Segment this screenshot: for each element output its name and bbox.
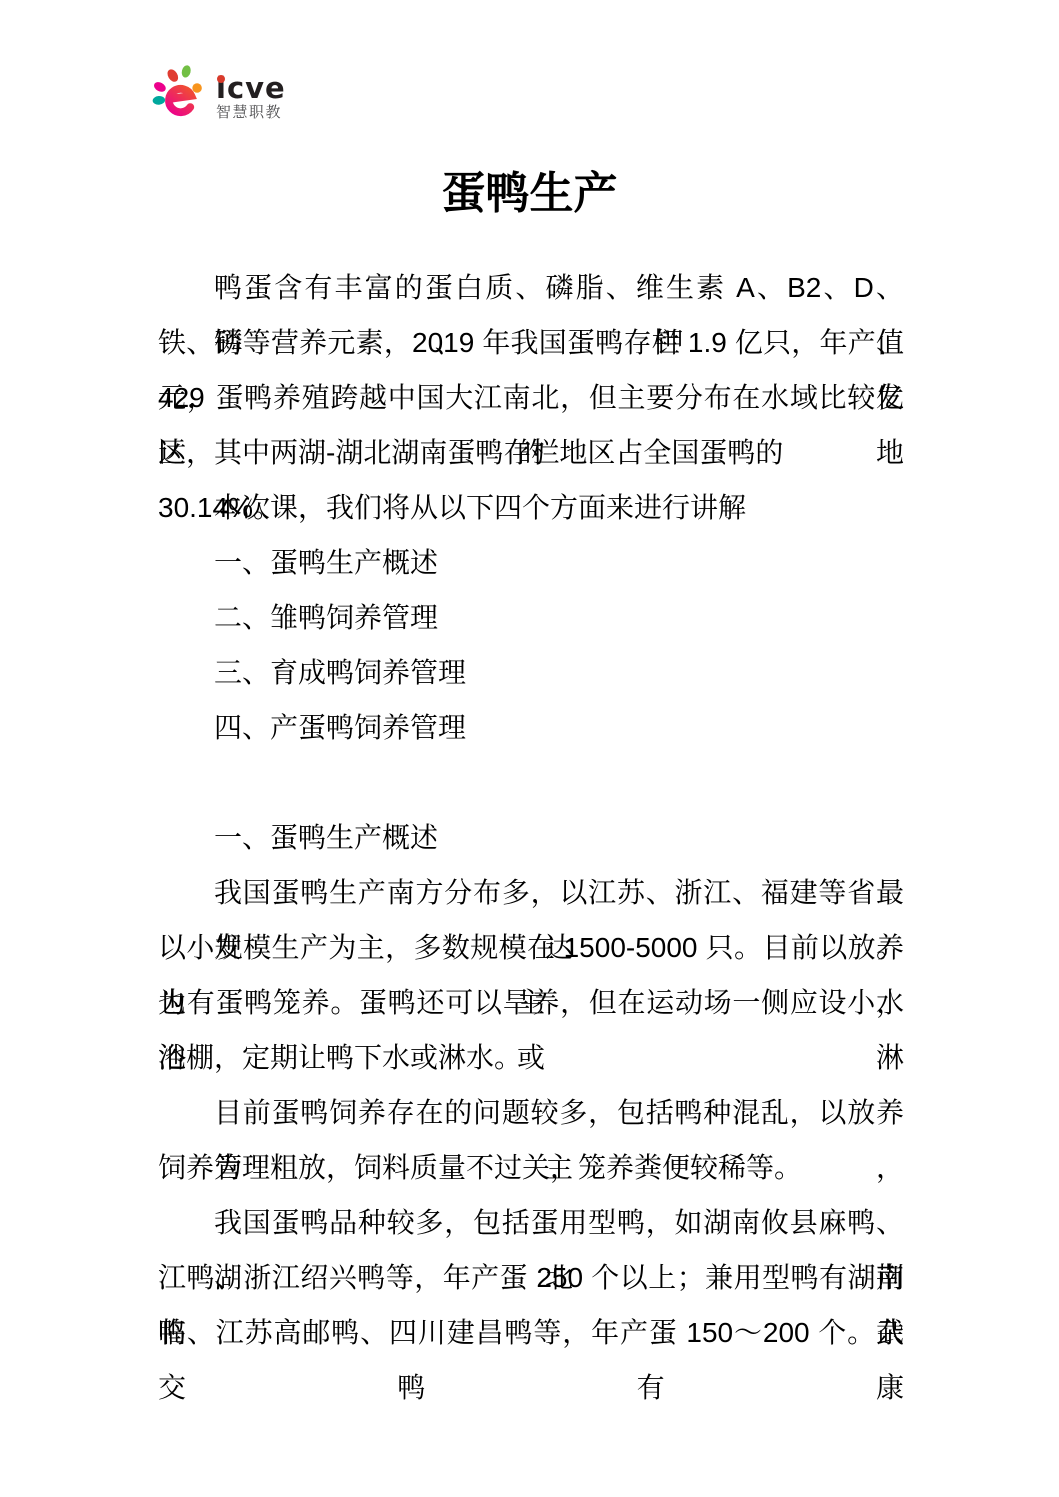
icve-flower-icon [148, 58, 210, 120]
brand-name: icve [216, 71, 286, 105]
logo-text: icve 智慧职教 [216, 74, 286, 121]
text-line: 元，蛋鸭养殖跨越中国大江南北，但主要分布在水域比较发达的地 [158, 370, 904, 425]
text-line: 江鸭、浙江绍兴鸭等，年产蛋 250 个以上；兼用型鸭有湖南临武 [158, 1250, 904, 1305]
text-line: 二、雏鸭饲养管理 [158, 590, 904, 645]
text-line: 我国蛋鸭品种较多，包括蛋用型鸭，如湖南攸县麻鸭、湖北荆 [158, 1195, 904, 1250]
document-page: icve 智慧职教 蛋鸭生产 鸭蛋含有丰富的蛋白质、磷脂、维生素 A、B2、D、… [0, 0, 1059, 1497]
text-line: 三、育成鸭饲养管理 [158, 645, 904, 700]
text-line: 一、蛋鸭生产概述 [158, 810, 904, 865]
text-line: 我国蛋鸭生产南方分布多，以江苏、浙江、福建等省最发达。 [158, 865, 904, 920]
blank-line [158, 755, 904, 810]
text-line: 本次课，我们将从以下四个方面来进行讲解 [158, 480, 904, 535]
text-line: 目前蛋鸭饲养存在的问题较多，包括鸭种混乱，以放养为主， [158, 1085, 904, 1140]
text-line: 鸭、江苏高邮鸭、四川建昌鸭等，年产蛋 150～200 个。杂交鸭有康 [158, 1305, 904, 1360]
text-line: 也有蛋鸭笼养。蛋鸭还可以旱养，但在运动场一侧应设小水池或淋 [158, 975, 904, 1030]
page-title: 蛋鸭生产 [0, 158, 1059, 230]
document-body: 鸭蛋含有丰富的蛋白质、磷脂、维生素 A、B2、D、钙、钾、铁、磷等营养元素，20… [158, 260, 904, 1360]
text-line: 以小规模生产为主，多数规模在 1500-5000 只。目前以放养为主， [158, 920, 904, 975]
i-dot-icon [217, 75, 225, 83]
text-line: 一、蛋鸭生产概述 [158, 535, 904, 590]
text-line: 四、产蛋鸭饲养管理 [158, 700, 904, 755]
text-line: 饲养管理粗放，饲料质量不过关，笼养粪便较稀等。 [158, 1140, 904, 1195]
icve-logo: icve 智慧职教 [148, 58, 286, 121]
text-line: 鸭蛋含有丰富的蛋白质、磷脂、维生素 A、B2、D、钙、钾、 [158, 260, 904, 315]
brand-tagline: 智慧职教 [216, 105, 286, 121]
text-line: 铁、磷等营养元素，2019 年我国蛋鸭存栏 1.9 亿只，年产值 429 亿 [158, 315, 904, 370]
